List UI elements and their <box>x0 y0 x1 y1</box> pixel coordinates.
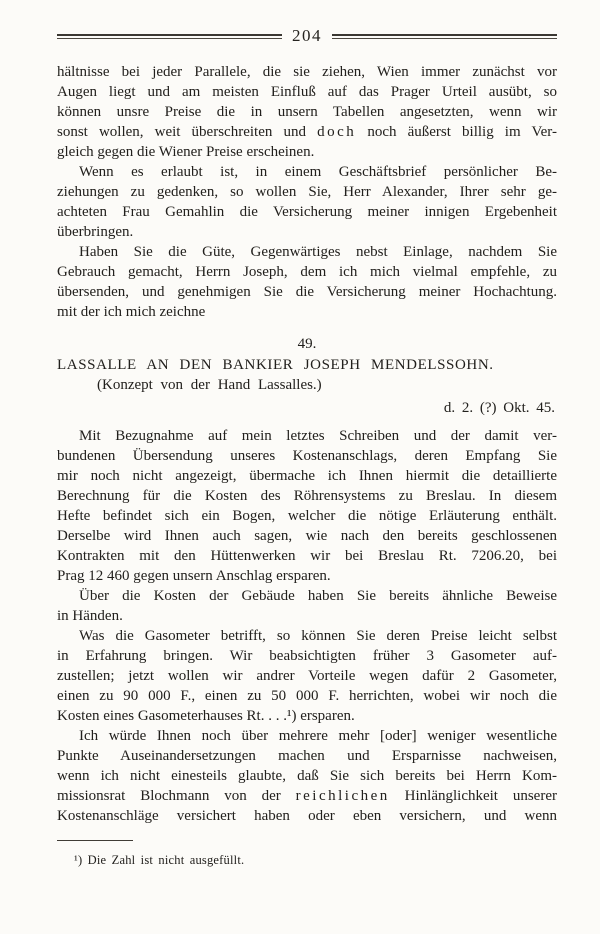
text-line: Was die Gasometer betrifft, so können Si… <box>57 626 557 646</box>
text-line: missionsrat Blochmann von der reichliche… <box>57 786 557 806</box>
paragraph-letter-end-2: Wenn es erlaubt ist, in einem Geschäftsb… <box>57 162 557 242</box>
text-segment: noch äußerst billig im Ver- <box>356 124 557 140</box>
text-line: mir noch nicht angezeigt, übermache ich … <box>57 466 557 486</box>
paragraph-letter-end-3: Haben Sie die Güte, Gegenwärtiges nebst … <box>57 242 557 322</box>
paragraph-letter-1: Mit Bezugnahme auf mein letztes Schreibe… <box>57 426 557 586</box>
text-line: Mit Bezugnahme auf mein letztes Schreibe… <box>57 426 557 446</box>
text-line: sonst wollen, weit überschreiten und doc… <box>57 122 557 142</box>
text-line: Augen liegt und am meisten Einfluß auf d… <box>57 82 557 102</box>
text-line: Kosten eines Gasometerhauses Rt. . . .¹)… <box>57 706 557 726</box>
text-segment: Hinlänglichkeit unserer <box>390 788 557 804</box>
footnote-block: ¹) Die Zahl ist nicht ausgefüllt. <box>57 840 557 870</box>
text-line: mit der ich mich zeichne <box>57 302 557 322</box>
section-title: LASSALLE AN DEN BANKIER JOSEPH MENDELSSO… <box>57 355 557 375</box>
text-line: Punkte Auseinandersetzungen machen und E… <box>57 746 557 766</box>
text-line: übersenden, und genehmigen Sie die Versi… <box>57 282 557 302</box>
section-heading: 49. LASSALLE AN DEN BANKIER JOSEPH MENDE… <box>57 334 557 418</box>
page-number: 204 <box>292 26 322 46</box>
text-line: ziehungen zu gedenken, so wollen Sie, He… <box>57 182 557 202</box>
paragraph-letter-4: Ich würde Ihnen noch über mehrere mehr [… <box>57 726 557 826</box>
text-line: Kostenanschläge versichert haben oder eb… <box>57 806 557 826</box>
letterspaced-word: doch <box>317 124 356 140</box>
text-line: achteten Frau Gemahlin die Versicherung … <box>57 202 557 222</box>
text-line: bundenen Übersendung unseres Kostenansch… <box>57 446 557 466</box>
text-line: in Erfahrung bringen. Wir beabsichtigten… <box>57 646 557 666</box>
footnote: ¹) Die Zahl ist nicht ausgefüllt. <box>57 850 557 870</box>
text-line: in Händen. <box>57 606 557 626</box>
page-header: 204 <box>57 26 557 46</box>
text-line: hältnisse bei jeder Parallele, die sie z… <box>57 62 557 82</box>
letter-date: d. 2. (?) Okt. 45. <box>57 398 557 418</box>
text-line: Gebrauch gemacht, Herrn Joseph, dem ich … <box>57 262 557 282</box>
footnote-rule <box>57 840 133 841</box>
text-line: Haben Sie die Güte, Gegenwärtiges nebst … <box>57 242 557 262</box>
text-line: Berechnung für die Kosten des Röhrensyst… <box>57 486 557 506</box>
text-line: einen zu 90 000 F., einen zu 50 000 F. h… <box>57 686 557 706</box>
text-segment: missionsrat Blochmann von der <box>57 788 296 804</box>
paragraph-letter-3: Was die Gasometer betrifft, so können Si… <box>57 626 557 726</box>
text-line: überbringen. <box>57 222 557 242</box>
text-line: Kontrakten mit den Hüttenwerken wir bei … <box>57 546 557 566</box>
text-line: Ich würde Ihnen noch über mehrere mehr [… <box>57 726 557 746</box>
text-line: können unsre Preise die in unsern Tabell… <box>57 102 557 122</box>
text-line: Prag 12 460 gegen unsern Anschlag erspar… <box>57 566 557 586</box>
header-rule-right <box>332 34 557 39</box>
letterspaced-word: reichlichen <box>296 788 390 804</box>
paragraph-letter-end-1: hältnisse bei jeder Parallele, die sie z… <box>57 62 557 162</box>
text-segment: sonst wollen, weit überschreiten und <box>57 124 317 140</box>
text-line: Derselbe wird Ihnen auch sagen, wie nach… <box>57 526 557 546</box>
header-rule-left <box>57 34 282 39</box>
text-line: Wenn es erlaubt ist, in einem Geschäftsb… <box>57 162 557 182</box>
book-page: 204 hältnisse bei jeder Parallele, die s… <box>0 0 600 934</box>
text-line: wenn ich nicht einesteils glaubte, daß S… <box>57 766 557 786</box>
text-line: Über die Kosten der Gebäude haben Sie be… <box>57 586 557 606</box>
text-line: gleich gegen die Wiener Preise erscheine… <box>57 142 557 162</box>
text-line: Hefte befindet sich ein Bogen, welcher d… <box>57 506 557 526</box>
section-subtitle: (Konzept von der Hand Lassalles.) <box>57 375 557 395</box>
section-number: 49. <box>57 334 557 354</box>
paragraph-letter-2: Über die Kosten der Gebäude haben Sie be… <box>57 586 557 626</box>
text-line: zustellen; jetzt wollen wir andrer Vorte… <box>57 666 557 686</box>
